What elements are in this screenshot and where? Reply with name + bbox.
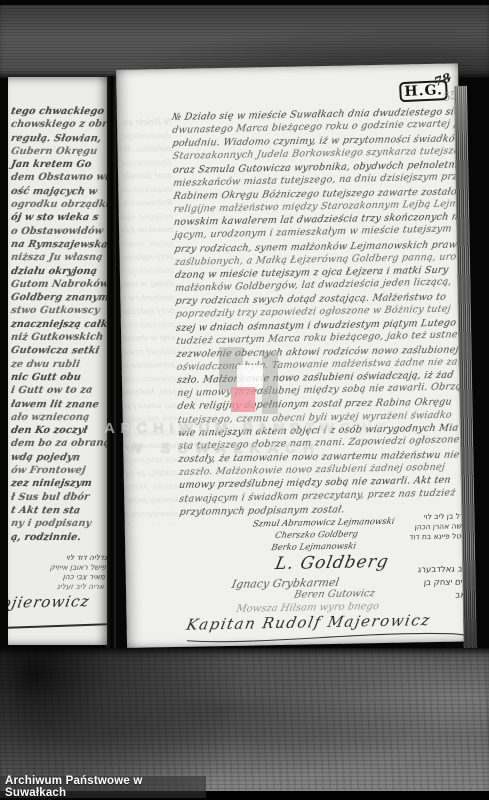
bleedthrough-line: umowy przedślubnej między sobą nie zawar… (125, 493, 179, 507)
bleedthrough-line: południu. Wiadomo czynimy, iż w przytomn… (119, 142, 173, 157)
manuscript-line: regułą. Słowian, (10, 132, 107, 146)
bleedthrough-line: Rabinem Okręgu Bóżniczego tutejszego zaw… (119, 196, 174, 211)
bleedthrough-line: szej w dniach ośmnastym i dwudziestym pi… (122, 331, 177, 345)
watermark-text-line1: ARCHIWUM PAŃSTWOWE (104, 420, 454, 437)
bleedthrough-line: oświadczone było. Tamowanie małżeństwa ż… (123, 371, 178, 385)
manuscript-line: ość mających w (10, 185, 107, 199)
hebrew-signature-line: אריה ליב זעליג (17, 582, 106, 592)
manuscript-line: Goldberg znanym (10, 291, 107, 305)
manuscript-line: tego chwackiego lutego (10, 105, 107, 118)
manuscript-line: wdą pojedyn (10, 451, 107, 465)
hebrew-annotation-bottom: לייב גאלדבערגחיים יצחק בן זאב (410, 563, 469, 603)
hebrew-signature-line: גדליה דוד לוי (20, 553, 107, 563)
witness-signature-1: Szmul Abramowicz Lejmanowski (252, 517, 396, 530)
bleedthrough-line: nej umowy przedślubnej między sobą nie z… (123, 398, 177, 412)
manuscript-line: na Rymszajewska (10, 238, 107, 252)
witness-signature-2: Cherszko Goldberg (274, 529, 359, 541)
watermark-logo-white-square (237, 365, 263, 388)
hebrew-signature-line: מאיר צבי כהן (18, 572, 107, 582)
left-page-signature-fragment: ojierowicz (8, 592, 91, 612)
watermark-logo-gray-column (262, 352, 278, 414)
scanner-bed-bottom (0, 648, 489, 793)
manuscript-line: działu okryjoną (10, 265, 107, 278)
manuscript-line: o Obstawowidów (10, 224, 107, 238)
manuscript-line: stwo Gutkowscy (10, 304, 107, 317)
witness-signature-latin-2: Beren Gutowicz (293, 588, 376, 601)
manuscript-line: niż Gutkowskich (10, 331, 107, 345)
signature-underline (8, 623, 107, 628)
bleedthrough-line: przy rodzicach, synem małżonków Lejmanow… (120, 250, 175, 265)
hebrew-line: גיטל פייגא בת דוד (404, 531, 467, 542)
left-page: tego chwackiego lutegochowskiego z obrzą… (8, 77, 107, 645)
manuscript-line: Gutowicza setki (10, 344, 107, 358)
folio-number-crossed: 78 (432, 70, 452, 89)
hebrew-annotation-top: יודל בן ליב לוימשה אהרן הכהןגיטל פייגא ב… (404, 511, 469, 542)
manuscript-line: den Ko zoczył (10, 424, 107, 437)
manuscript-line: Gubern Okręgu (10, 145, 107, 158)
manuscript-line: ny i podpisany (10, 517, 107, 530)
bleedthrough-line: zaślubionych, a Małką Łejzerówną Goldber… (121, 263, 176, 277)
manuscript-line: i Gutt ow to za (10, 384, 107, 398)
bleedthrough-line: nowskim kawalerem lat dwadzieścia trzy s… (120, 223, 175, 237)
hebrew-line: חיים יצחק בן זאב (410, 576, 469, 603)
archive-credit-bar: Archiwum Państwowe w Suwałkach (0, 776, 206, 798)
left-page-manuscript: tego chwackiego lutegochowskiego z obrzą… (11, 105, 107, 544)
watermark-text-line2: W SUWAŁKACH (128, 440, 428, 457)
manuscript-line: Gutom Nabroków (10, 277, 107, 291)
witness-signature-3: Berko Lejmanowski (270, 541, 357, 553)
bleedthrough-line: dzoną w mieście tutejszym z ojca Łejzera… (121, 277, 176, 291)
bleedthrough-line: przy rodzicach swych dotąd zostającą. Ma… (121, 304, 176, 319)
main-page: H.G. 78 55 № Działo się w mieście Suwałk… (116, 63, 469, 647)
bleedthrough-line: № Działo się w mieście Suwałkach dnia dw… (119, 115, 172, 129)
manuscript-line: ało wznieconą (10, 411, 107, 424)
manuscript-line: chowskiego z obrzą (10, 118, 107, 132)
bleedthrough-line: religijne małżeństwo między Starozakonny… (120, 209, 175, 223)
manuscript-line: znaczniejszą całk (10, 318, 107, 331)
bleedthrough-line: oraz Szmula Gutowicza wyrobnika, obydwóc… (119, 169, 173, 183)
manuscript-line: ój w sto wieka s (10, 211, 107, 224)
bleedthrough-line: poprzedziły trzy zapowiedzi ogłoszone w … (122, 317, 177, 331)
book-gutter (107, 76, 116, 648)
manuscript-line: nic Gutt obu (10, 371, 107, 384)
manuscript-line: Jan kretem Go (10, 158, 107, 171)
manuscript-line: zez niniejszym (10, 477, 107, 490)
archival-scan: tego chwackiego lutegochowskiego z obrzą… (0, 0, 489, 800)
bleedthrough-line: zostały, że tamowanie nowo zawartemu mał… (124, 466, 178, 481)
manuscript-line: ogrodku obrządkom (10, 198, 107, 211)
manuscript-line: dem bo za obraną (10, 437, 107, 451)
manuscript-line: ą, rodzinnie. (10, 531, 107, 544)
hebrew-line: לייב גאלדבערג (412, 563, 469, 577)
hebrew-signature-line: פישל ראובן אייזיק (19, 562, 107, 572)
watermark-logo-pink-square (231, 387, 255, 412)
bleedthrough-line: zezwolenie obecnych aktowi rodziców nowo… (122, 358, 177, 373)
bleedthrough-line: mieszkańców miasta tutejszego, na dniu d… (119, 182, 173, 196)
bleedthrough-line: zaszło. Małżonkowie nowo zaślubieni żadn… (125, 479, 179, 493)
bleedthrough-line: jącym, urodzonym i zamieszkałym w mieści… (120, 236, 174, 250)
bleedthrough-line: Starozakonnych Judela Borkowskiego szynk… (119, 155, 173, 169)
left-page-hebrew-signatures: גדליה דוד לויפישל ראובן אייזיקמאיר צבי כ… (18, 553, 107, 591)
manuscript-line: ów Frontowej (10, 464, 107, 477)
bleedthrough-line: stawającym i świadkom przeczytany, przez… (125, 506, 178, 520)
manuscript-line: ze dwu rubli (10, 358, 107, 371)
manuscript-line: niższa Ju własną (10, 251, 107, 264)
bleedthrough-line: tudzież czwartym Marca roku bieżącego, j… (122, 344, 176, 358)
manuscript-line: dem Obstawno wi (10, 171, 107, 185)
manuscript-line: ł Sus bul dbór (10, 490, 107, 504)
goldberg-signature: L. Goldberg (274, 552, 391, 574)
manuscript-line: ławem lit znane (10, 398, 107, 412)
bleedthrough-line: szło. Małżonkowie nowo zaślubieni oświad… (123, 385, 178, 399)
bleedthrough-text: № Działo się w mieście Suwałkach dnia dw… (119, 115, 179, 526)
manuscript-line: t Akt ten sta (10, 504, 107, 518)
bleedthrough-line: dwunastego Marca bieżącego roku o godzin… (119, 128, 173, 142)
bleedthrough-line: małżonków Goldbergów, lat dwadzieścia je… (121, 290, 175, 304)
bleedthrough-line: przytomnych podpisanym został. (125, 520, 178, 526)
archive-credit-text: Archiwum Państwowe w Suwałkach (0, 775, 206, 799)
